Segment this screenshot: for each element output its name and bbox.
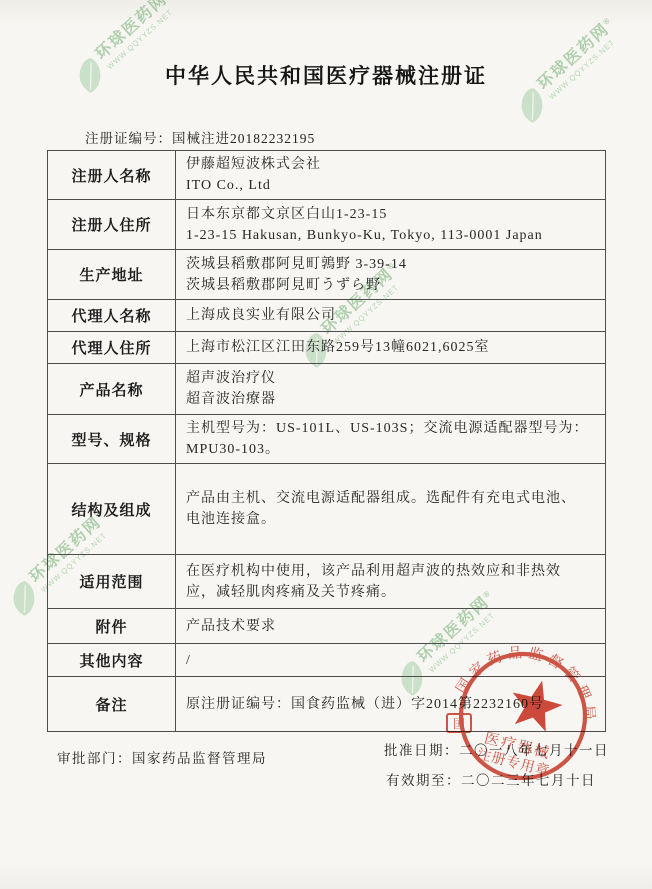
valid-until-date: 有效期至：二〇二三年七月十日 [386,769,596,789]
row-value: 产品由主机、交流电源适配器组成。选配件有充电式电池、 电池连接盒。 [176,464,605,554]
table-row: 产品名称 超声波治疗仪 超音波治療器 [48,363,605,414]
row-label: 备注 [48,677,176,731]
table-row: 结构及组成 产品由主机、交流电源适配器组成。选配件有充电式电池、 电池连接盒。 [48,463,605,554]
row-label: 产品名称 [48,364,176,414]
table-row: 备注 原注册证编号：国食药监械（进）字2014第2232160号 [48,676,605,731]
certificate-number-line: 注册证编号：国械注进20182232195 [85,127,315,147]
row-value: 超声波治疗仪 超音波治療器 [176,364,605,414]
row-label: 生产地址 [48,250,176,299]
table-row: 注册人名称 伊藤超短波株式会社 ITO Co., Ltd [48,151,605,199]
table-row: 适用范围 在医疗机构中使用，该产品利用超声波的热效应和非热效 应，减轻肌肉疼痛及… [48,554,605,608]
row-value: 主机型号为：US-101L、US-103S；交流电源适配器型号为： MPU30-… [176,415,605,463]
row-value: 茨城县稻敷郡阿見町鶉野 3-39-14 茨城县稻敷郡阿見町うずら野 [176,250,605,299]
row-label: 型号、规格 [48,415,176,463]
table-row: 附件 产品技术要求 [48,608,605,643]
row-label: 代理人名称 [48,300,176,331]
row-value: 日本东京都文京区白山1-23-15 1-23-15 Hakusan, Bunky… [176,200,605,249]
table-row: 型号、规格 主机型号为：US-101L、US-103S；交流电源适配器型号为： … [48,414,605,463]
certificate-table: 注册人名称 伊藤超短波株式会社 ITO Co., Ltd 注册人住所 日本东京都… [47,150,606,732]
table-row: 代理人名称 上海成良实业有限公司 [48,299,605,331]
table-row: 注册人住所 日本东京都文京区白山1-23-15 1-23-15 Hakusan,… [48,199,605,249]
row-label: 适用范围 [48,555,176,608]
table-row: 代理人住所 上海市松江区江田东路259号13幢6021,6025室 [48,331,605,363]
row-label: 附件 [48,609,176,643]
row-value: 上海市松江区江田东路259号13幢6021,6025室 [176,332,605,363]
row-label: 注册人名称 [48,151,176,199]
approval-department: 审批部门：国家药品监督管理局 [57,747,267,767]
page-title: 中华人民共和国医疗器械注册证 [0,60,652,90]
row-value: 伊藤超短波株式会社 ITO Co., Ltd [176,151,605,199]
table-row: 生产地址 茨城县稻敷郡阿見町鶉野 3-39-14 茨城县稻敷郡阿見町うずら野 [48,249,605,299]
registered-mark: ® [601,15,613,27]
row-label: 结构及组成 [48,464,176,554]
row-label: 其他内容 [48,644,176,676]
row-value: / [176,644,605,676]
certificate-number: 国械注进20182232195 [172,131,315,146]
leaf-icon [3,576,47,620]
row-label: 代理人住所 [48,332,176,363]
table-row: 其他内容 / [48,643,605,676]
row-value: 上海成良实业有限公司 [176,300,605,331]
certificate-page: 环球医药网® WWW.QQYYZS.NET 环球医药网® WWW.QQYYZS.… [0,0,652,889]
row-label: 注册人住所 [48,200,176,249]
row-value: 在医疗机构中使用，该产品利用超声波的热效应和非热效 应，减轻肌肉疼痛及关节疼痛。 [176,555,605,608]
row-value: 产品技术要求 [176,609,605,643]
watermark-text: 环球医药网® [93,0,177,63]
certificate-number-label: 注册证编号： [85,131,172,146]
row-value: 原注册证编号：国食药监械（进）字2014第2232160号 [176,677,605,731]
approval-date: 批准日期：二〇一八年七月十一日 [384,739,609,759]
